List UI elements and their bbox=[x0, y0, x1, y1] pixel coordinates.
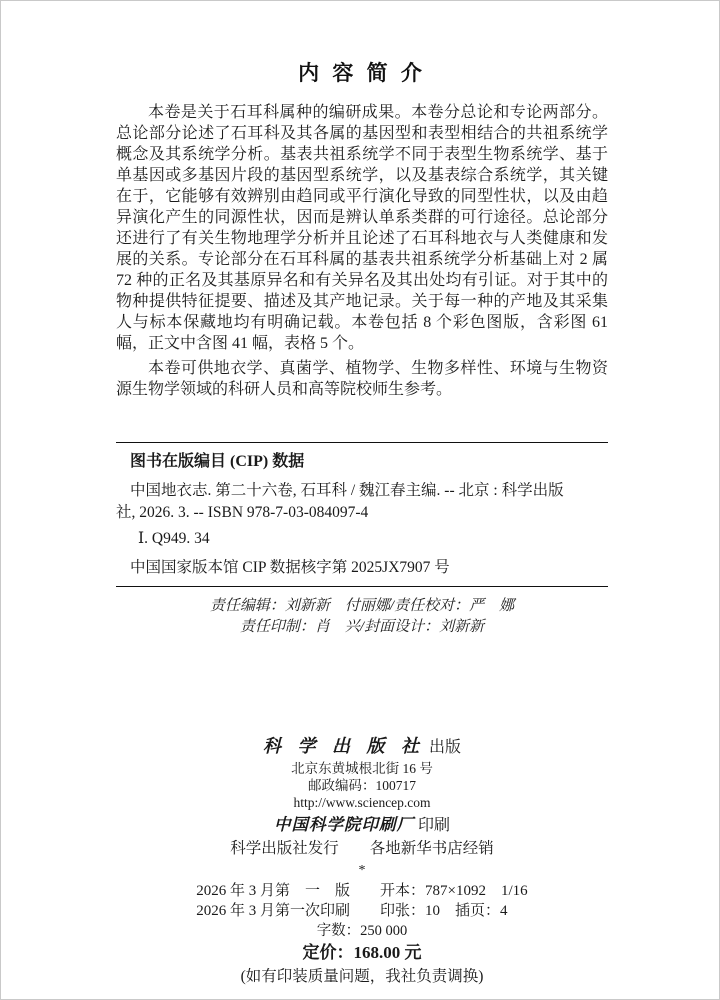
printer-role: 印刷 bbox=[414, 817, 450, 834]
intro-title: 内 容 简 介 bbox=[116, 57, 608, 87]
printer-name: 中国科学院印刷厂 bbox=[274, 815, 414, 834]
cip-entry-line-1: 中国地衣志. 第二十六卷, 石耳科 / 魏江春主编. -- 北京 : 科学出版 bbox=[116, 480, 608, 502]
credits-line-2: 责任印制：肖 兴/封面设计：刘新新 bbox=[116, 617, 608, 638]
edition-block: 2026 年 3 月第 一 版 开本：787×1092 1/16 2026 年 … bbox=[196, 881, 527, 921]
cip-entry: 中国地衣志. 第二十六卷, 石耳科 / 魏江春主编. -- 北京 : 科学出版 … bbox=[116, 480, 608, 523]
book-colophon-page: { "intro": { "title": "内 容 简 介", "para1"… bbox=[0, 0, 720, 1000]
cip-bottom-rule bbox=[116, 586, 608, 587]
postal-code: 邮政编码：100717 bbox=[116, 777, 608, 794]
publisher-name: 科 学 出 版 社 bbox=[263, 736, 425, 756]
credits-block: 责任编辑：刘新新 付丽娜/责任校对：严 娜 责任印制：肖 兴/封面设计：刘新新 bbox=[116, 596, 608, 638]
quality-notice: (如有印装质量问题，我社负责调换) bbox=[116, 964, 608, 989]
cip-record-number: 中国国家版本馆 CIP 数据核字第 2025JX7907 号 bbox=[116, 557, 608, 578]
edition-line: 2026 年 3 月第 一 版 开本：787×1092 1/16 bbox=[196, 881, 527, 901]
colophon-block: 科 学 出 版 社 出版 北京东黄城根北街 16 号 邮政编码：100717 h… bbox=[116, 734, 608, 989]
cip-section: 图书在版编目 (CIP) 数据 中国地衣志. 第二十六卷, 石耳科 / 魏江春主… bbox=[116, 451, 608, 578]
cip-class-code: Ⅰ. Q949. 34 bbox=[116, 528, 608, 549]
printing-line: 2026 年 3 月第一次印刷 印张：10 插页：4 bbox=[196, 901, 527, 921]
publisher-website: http://www.sciencep.com bbox=[116, 794, 608, 811]
intro-paragraph-1: 本卷是关于石耳科属种的编研成果。本卷分总论和专论两部分。总论部分论述了石耳科及其… bbox=[116, 102, 608, 354]
distribution-line: 科学出版社发行 各地新华书店经销 bbox=[116, 837, 608, 861]
price: 定价：168.00 元 bbox=[116, 941, 608, 964]
intro-paragraph-2: 本卷可供地衣学、真菌学、植物学、生物多样性、环境与生物资源生物学领域的科研人员和… bbox=[116, 358, 608, 400]
cip-heading: 图书在版编目 (CIP) 数据 bbox=[116, 451, 608, 473]
word-count: 字数：250 000 bbox=[116, 921, 608, 941]
publisher-role: 出版 bbox=[425, 739, 461, 756]
page-content: 内 容 简 介 本卷是关于石耳科属种的编研成果。本卷分总论和专论两部分。总论部分… bbox=[116, 57, 608, 989]
cip-entry-line-2: 社, 2026. 3. -- ISBN 978-7-03-084097-4 bbox=[116, 502, 608, 524]
cip-top-rule bbox=[116, 442, 608, 443]
credits-line-1: 责任编辑：刘新新 付丽娜/责任校对：严 娜 bbox=[116, 596, 608, 617]
publisher-line: 科 学 出 版 社 出版 bbox=[116, 734, 608, 760]
separator-asterisk: * bbox=[116, 861, 608, 880]
publisher-address: 北京东黄城根北街 16 号 bbox=[116, 760, 608, 777]
printer-line: 中国科学院印刷厂 印刷 bbox=[116, 813, 608, 837]
